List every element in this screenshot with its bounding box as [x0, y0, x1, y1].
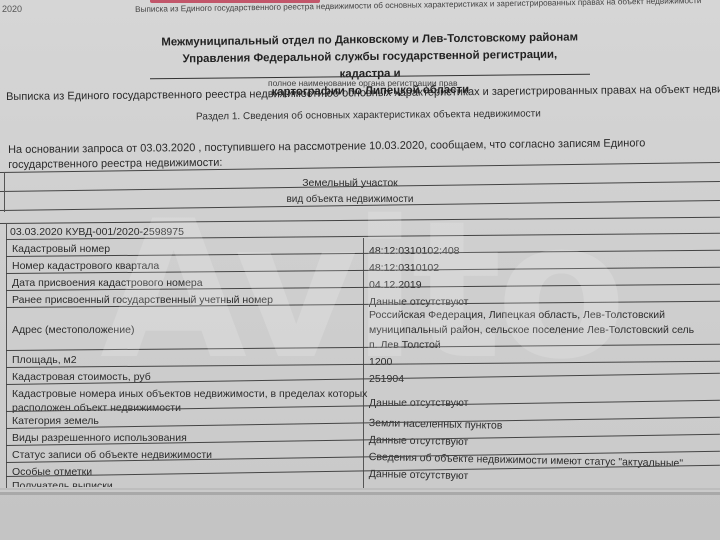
document-page: 2020 Выписка из Единого государственного…: [0, 0, 720, 492]
row-label: Адрес (местоположение): [12, 323, 134, 337]
row-value: 251904: [369, 372, 404, 387]
row-value: Земли населенных пунктов: [369, 416, 503, 434]
section-title: Раздел 1. Сведения об основных характери…: [196, 108, 541, 122]
row-label: Получатель выписки: [12, 479, 113, 487]
row-label: Площадь, м2: [12, 353, 77, 367]
row-value: Данные отсутствуют: [369, 433, 469, 450]
avito-watermark: Avito: [100, 180, 621, 401]
row-label: Кадастровый номер: [12, 242, 110, 256]
paper-edge: [0, 492, 720, 495]
table-border: [4, 172, 5, 212]
row-label: Особые отметки: [12, 465, 92, 479]
corner-date: 2020: [2, 4, 22, 14]
record-id: 03.03.2020 КУВД-001/2020-2598975: [10, 226, 184, 238]
paper-edge: [0, 488, 720, 490]
table-border: [6, 223, 7, 488]
row-value: 1200: [369, 355, 392, 370]
divider: [0, 217, 720, 224]
